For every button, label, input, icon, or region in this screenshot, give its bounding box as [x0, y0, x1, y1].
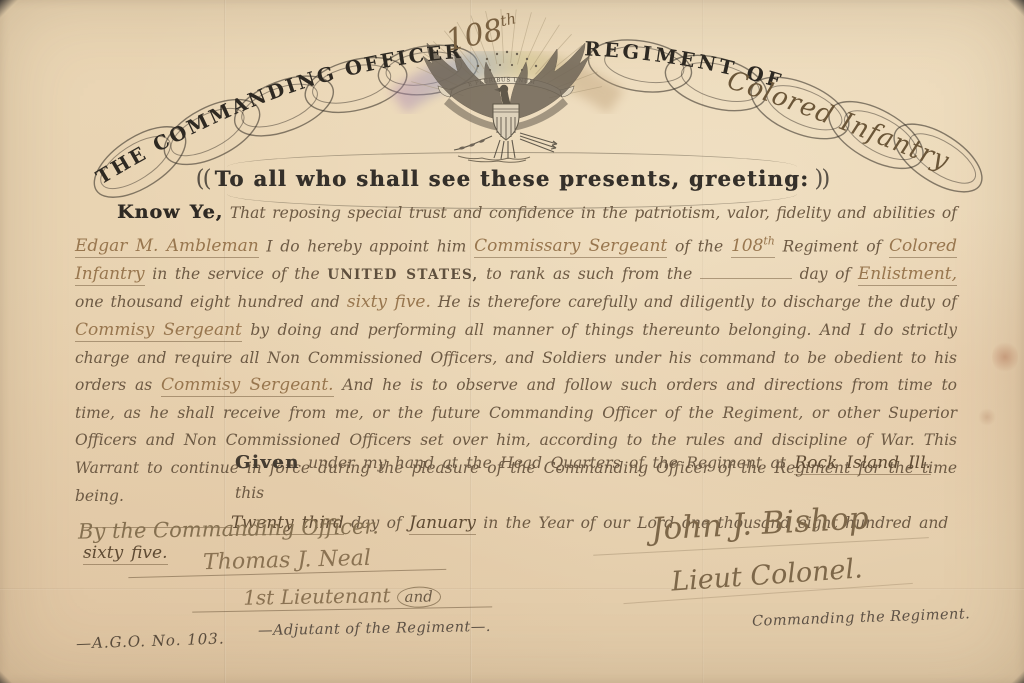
place-handwritten: Rock Island Ill.: [794, 453, 931, 475]
printed-text: day of: [792, 265, 858, 283]
circled-and-label: and: [396, 586, 441, 608]
adjutant-rank-line: 1st Lieutenantand: [192, 581, 492, 612]
enlistment-date: Enlistment,: [858, 264, 957, 286]
united-states-label: UNITED STATES,: [327, 267, 478, 283]
rank-handwritten: 1st Lieutenant: [243, 583, 391, 610]
rank-commissary-sergeant: Commissary Sergeant: [474, 236, 667, 258]
printed-text: He is therefore carefully and diligently…: [431, 293, 957, 311]
month-handwritten: January: [409, 513, 476, 535]
rank-commisy-sergeant: Commisy Sergeant.: [161, 375, 334, 397]
adjutant-title: —Adjutant of the Regiment—.: [258, 619, 491, 639]
printed-text: of the: [667, 237, 731, 255]
printed-text: under my hand at the Head Quarters of th…: [300, 454, 795, 472]
printed-text: Regiment of: [775, 237, 889, 255]
blank-line: [700, 264, 792, 279]
eagle-shield: [493, 104, 519, 140]
know-ye: Know Ye,: [117, 201, 223, 223]
printed-text: to rank as such from the: [479, 265, 700, 283]
given-line-1: Given under my hand at the Head Quarters…: [235, 448, 959, 508]
eagle-tail: [494, 140, 515, 159]
year-handwritten: sixty five.: [347, 292, 431, 312]
ago-number: —A.G.O. No. 103.: [76, 629, 225, 652]
printed-text: one thousand eight hundred and: [75, 293, 347, 311]
warrant-document: E PLURIBUS UNUM: [0, 0, 1024, 683]
greeting-text: To all who shall see these presents, gre…: [215, 166, 810, 191]
paper-stain: [992, 340, 1018, 374]
arrows: [520, 133, 557, 152]
printed-text: That reposing special trust and confiden…: [223, 204, 957, 222]
greeting-open-paren: ((: [196, 166, 210, 192]
greeting-line: (( To all who shall see these presents, …: [0, 166, 1024, 192]
eagle-emblem: E PLURIBUS UNUM: [398, 9, 616, 162]
printed-text: in the service of the: [145, 265, 328, 283]
greeting-close-paren: )): [814, 166, 828, 192]
printed-text: I do hereby appoint him: [259, 237, 474, 255]
recipient-name: Edgar M. Ambleman: [75, 236, 259, 258]
paper-stain: [978, 408, 996, 426]
olive-branch: [454, 136, 492, 150]
fold-crease-horizontal: [0, 588, 1024, 590]
given-word: Given: [235, 452, 300, 473]
commander-title: Commanding the Regiment.: [752, 606, 971, 630]
rank-commisy-sergeant: Commisy Sergeant: [75, 320, 242, 342]
regiment-number: 108th: [731, 236, 775, 258]
regiment-name-handwritten: Colored Infantry: [724, 65, 954, 176]
printed-text: this: [235, 484, 264, 502]
